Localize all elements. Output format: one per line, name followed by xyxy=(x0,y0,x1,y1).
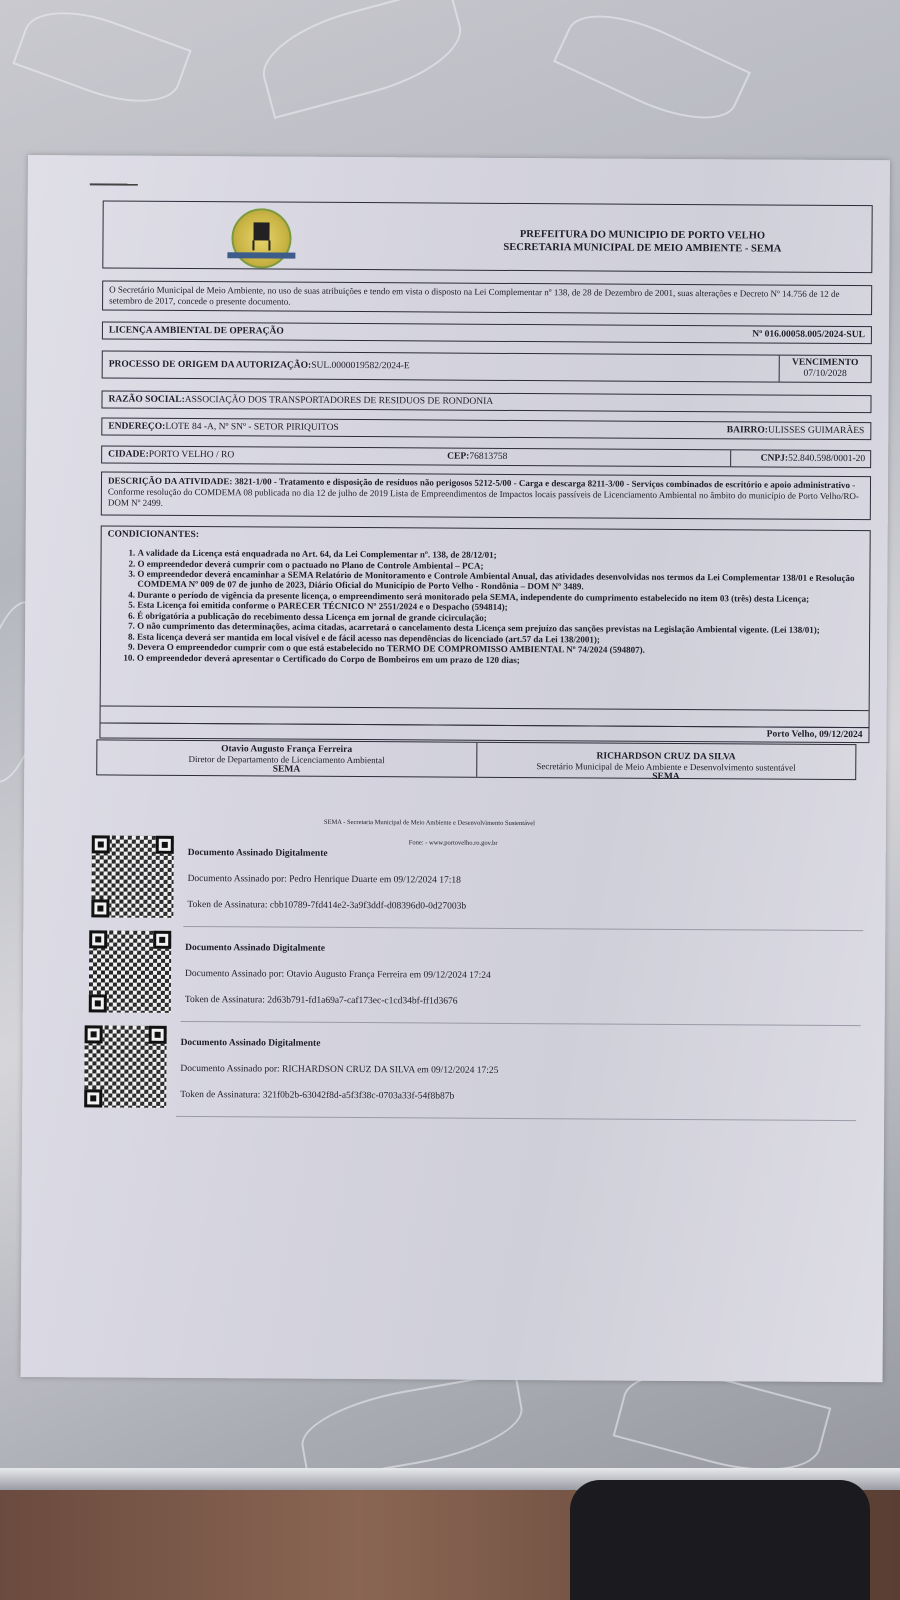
divider xyxy=(101,705,869,711)
backdrop-pattern xyxy=(12,0,191,120)
conditions-title: CONDICIONANTES: xyxy=(108,529,864,544)
district-value: ULISSES GUIMARÃES xyxy=(768,426,864,437)
issuer-title: PREFEITURA DO MUNICIPIO DE PORTO VELHO S… xyxy=(503,228,781,256)
activity-label: DESCRIÇÃO DA ATIVIDADE: xyxy=(108,475,232,486)
divider xyxy=(181,1021,861,1026)
digital-signature-block: Documento Assinado Digitalmente Document… xyxy=(89,930,860,1027)
zip-cell: CEP:76813758 xyxy=(447,452,507,462)
city-row: CIDADE:PORTO VELHO / RO CEP:76813758 CNP… xyxy=(101,445,871,468)
signatory-2: RICHARDSON CRUZ DA SILVA Secretário Muni… xyxy=(476,743,856,779)
conditions-section: CONDICIONANTES: A validade da Licença es… xyxy=(100,525,871,728)
signed-by: Documento Assinado por: Pedro Henrique D… xyxy=(188,874,461,886)
process-row: PROCESSO DE ORIGEM DA AUTORIZAÇÃO: SUL.0… xyxy=(102,350,872,383)
backdrop-pattern xyxy=(553,0,751,139)
zip-value: 76813758 xyxy=(469,452,507,462)
expiry-label: VENCIMENTO xyxy=(780,358,871,370)
signed-by: Documento Assinado por: Otavio Augusto F… xyxy=(185,969,491,981)
intro-text: O Secretário Municipal de Meio Ambiente,… xyxy=(102,280,872,315)
signed-by: Documento Assinado por: RICHARDSON CRUZ … xyxy=(180,1064,498,1076)
signature-token: Token de Assinatura: 321f0b2b-63042f8d-a… xyxy=(180,1090,454,1102)
license-type: LICENÇA AMBIENTAL DE OPERAÇÃO xyxy=(109,325,284,336)
process-value: SUL.0000019582/2024-E xyxy=(311,361,409,372)
address-label: ENDEREÇO: xyxy=(108,421,165,431)
city-value: PORTO VELHO / RO xyxy=(149,450,234,461)
signature-token: Token de Assinatura: cbb10789-7fd414e2-3… xyxy=(187,900,466,912)
expiry-cell: VENCIMENTO 07/10/2028 xyxy=(779,356,871,383)
footer-org: SEMA - Secretaria Municipal de Meio Ambi… xyxy=(324,819,535,827)
zip-label: CEP: xyxy=(447,452,469,462)
issuer-line-2: SECRETARIA MUNICIPAL DE MEIO AMBIENTE - … xyxy=(503,241,781,256)
expiry-value: 07/10/2028 xyxy=(780,369,871,381)
staple-mark xyxy=(90,183,138,185)
signatory-1: Otavio Augusto França Ferreira Diretor d… xyxy=(97,740,476,776)
signatories-table: Otavio Augusto França Ferreira Diretor d… xyxy=(96,739,856,780)
backdrop-pattern xyxy=(295,1371,528,1483)
activity-description: DESCRIÇÃO DA ATIVIDADE: 3821-1/00 - Trat… xyxy=(101,471,871,520)
city-label: CIDADE: xyxy=(108,449,149,459)
license-type-row: LICENÇA AMBIENTAL DE OPERAÇÃO Nº 016.000… xyxy=(102,321,872,344)
dark-object xyxy=(570,1480,870,1600)
document-header: PREFEITURA DO MUNICIPIO DE PORTO VELHO S… xyxy=(102,200,872,273)
digital-signature-block: Documento Assinado Digitalmente Document… xyxy=(91,835,862,932)
cnpj-cell: CNPJ:52.840.598/0001-20 xyxy=(730,450,870,467)
company-name-label: RAZÃO SOCIAL: xyxy=(108,394,184,404)
signature-token: Token de Assinatura: 2d63b791-fd1a69a7-c… xyxy=(185,995,458,1007)
license-document: PREFEITURA DO MUNICIPIO DE PORTO VELHO S… xyxy=(21,155,890,1382)
cnpj-value: 52.840.598/0001-20 xyxy=(788,454,865,464)
company-name-row: RAZÃO SOCIAL: ASSOCIAÇÃO DOS TRANSPORTAD… xyxy=(101,390,871,413)
conditions-list: A validade da Licença está enquadrada no… xyxy=(107,547,864,666)
backdrop-pattern xyxy=(253,0,472,119)
digital-signature-block: Documento Assinado Digitalmente Document… xyxy=(84,1025,855,1122)
signature-title: Documento Assinado Digitalmente xyxy=(185,943,325,954)
address-value: LOTE 84 -A, Nº SNº - SETOR PIRIQUITOS xyxy=(165,422,338,433)
qr-code-icon[interactable] xyxy=(91,835,173,917)
address-row: ENDEREÇO:LOTE 84 -A, Nº SNº - SETOR PIRI… xyxy=(101,417,871,440)
coat-of-arms-icon xyxy=(231,208,291,268)
cnpj-label: CNPJ: xyxy=(761,453,789,463)
signatory-org: SEMA xyxy=(97,763,476,775)
company-name-value: ASSOCIAÇÃO DOS TRANSPORTADORES DE RESIDU… xyxy=(185,395,493,407)
qr-code-icon[interactable] xyxy=(89,930,171,1012)
divider xyxy=(176,1116,856,1121)
divider xyxy=(183,926,863,931)
license-number: Nº 016.00058.005/2024-SUL xyxy=(752,329,865,340)
signature-title: Documento Assinado Digitalmente xyxy=(181,1038,321,1049)
district-label: BAIRRO: xyxy=(727,425,768,435)
signature-title: Documento Assinado Digitalmente xyxy=(188,848,328,859)
process-label: PROCESSO DE ORIGEM DA AUTORIZAÇÃO: xyxy=(109,359,312,370)
signatory-org: SEMA xyxy=(477,771,856,783)
qr-code-icon[interactable] xyxy=(84,1025,166,1107)
